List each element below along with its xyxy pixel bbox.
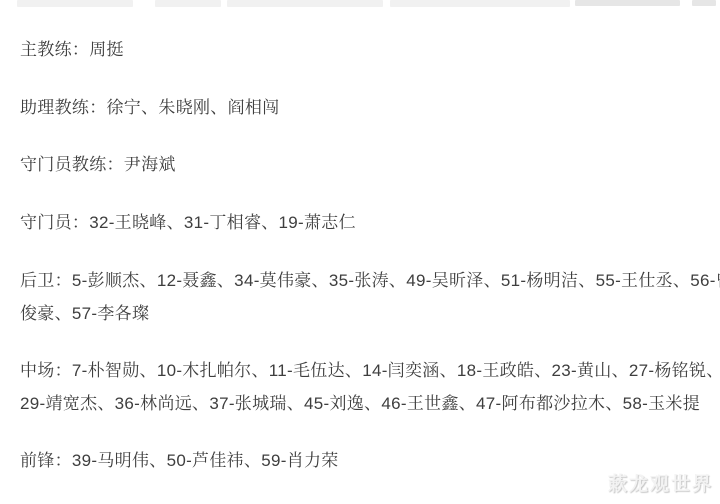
article-roster-page: 主教练：周挺 助理教练：徐宁、朱晓刚、阎相闯 守门员教练：尹海斌 守门员：32-…	[0, 0, 720, 504]
midfielders-line-1: 中场：7-朴智勋、10-木扎帕尔、11-毛伍达、14-闫奕涵、18-王政皓、23…	[20, 359, 720, 383]
head-coach-line: 主教练：周挺	[20, 38, 124, 62]
goalkeepers-line: 守门员：32-王晓峰、31-丁相睿、19-萧志仁	[20, 211, 356, 235]
midfielders-line-2: 29-靖宽杰、36-林尚远、37-张城瑞、45-刘逸、46-王世鑫、47-阿布都…	[20, 392, 700, 416]
cropped-text-remnant	[575, 0, 680, 6]
defenders-line-1: 后卫：5-彭顺杰、12-聂鑫、34-莫伟豪、35-张涛、49-吴昕泽、51-杨明…	[20, 269, 720, 293]
defenders-line-2: 俊豪、57-李各璨	[20, 302, 149, 326]
forwards-line: 前锋：39-马明伟、50-芦佳祎、59-肖力荣	[20, 449, 339, 473]
goalkeeper-coach-line: 守门员教练：尹海斌	[20, 153, 176, 177]
watermark: 蔌龙观世界	[608, 469, 713, 496]
assistant-coaches-line: 助理教练：徐宁、朱晓刚、阎相闯	[20, 96, 280, 120]
cropped-text-remnant	[390, 0, 570, 7]
cropped-text-remnant	[155, 0, 221, 7]
cropped-text-remnant	[692, 0, 716, 6]
cropped-text-remnant	[17, 0, 133, 7]
cropped-text-remnant	[227, 0, 383, 7]
